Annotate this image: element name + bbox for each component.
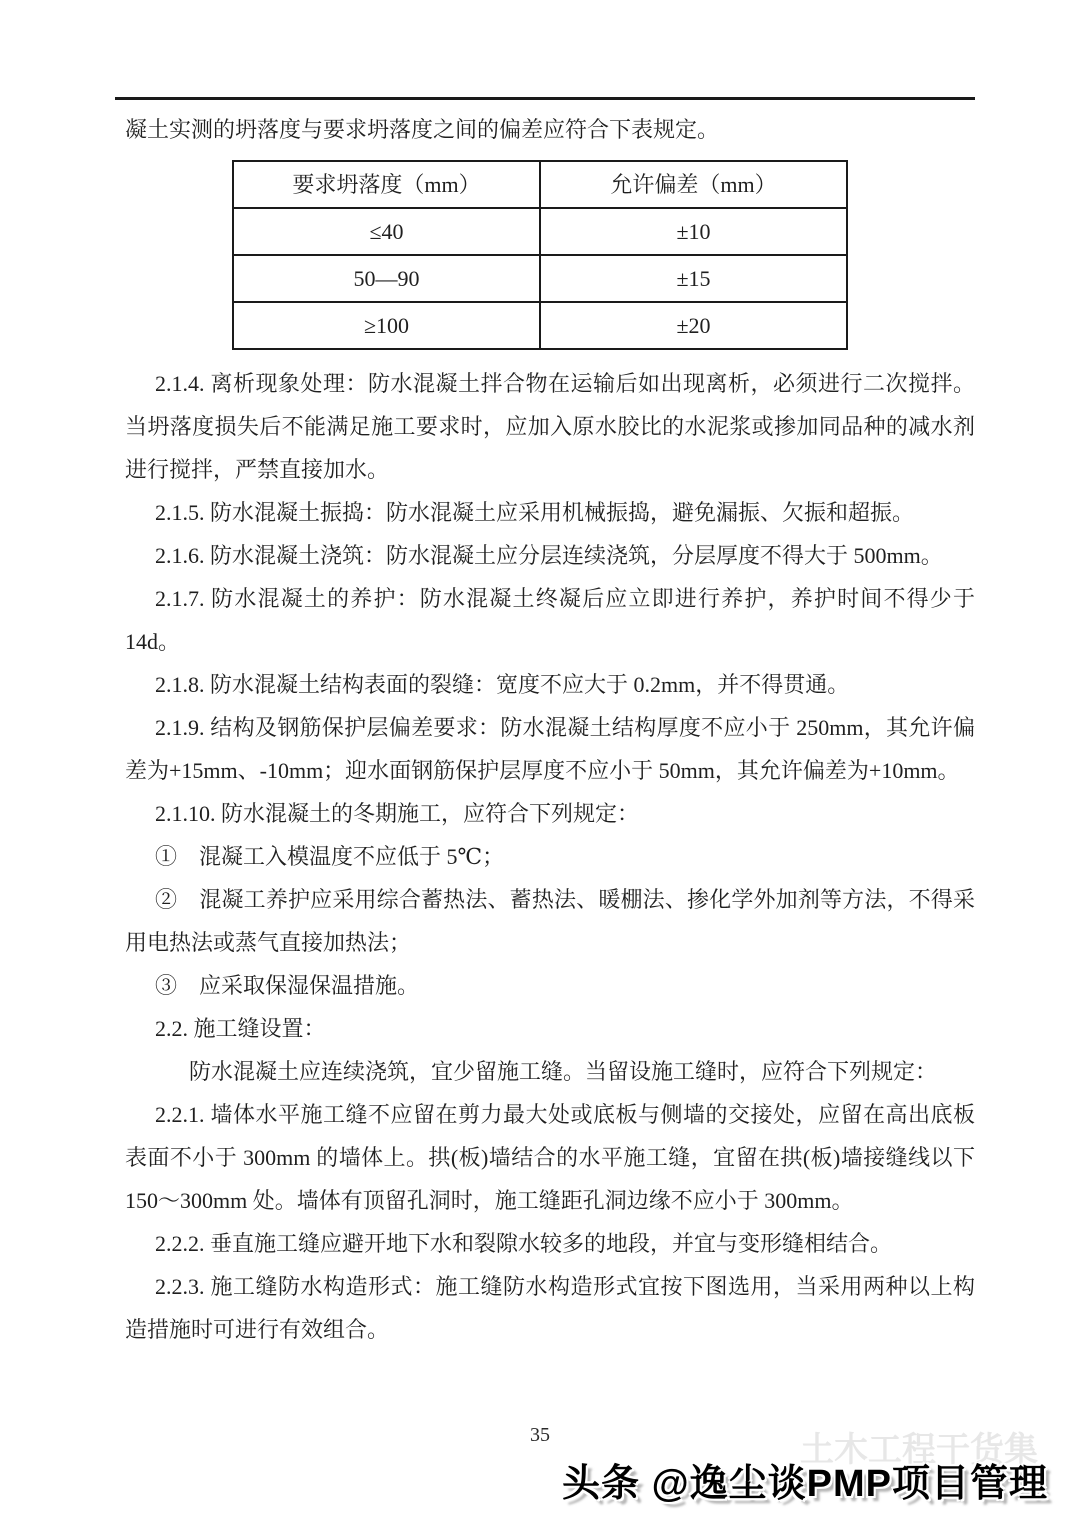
table-header-row: 要求坍落度（mm） 允许偏差（mm） [233,161,847,208]
table-cell: ±20 [540,302,847,349]
table-cell: ≤40 [233,208,540,255]
slump-tolerance-table: 要求坍落度（mm） 允许偏差（mm） ≤40 ±10 50—90 ±15 ≥10… [232,160,848,350]
paragraph-2-1-6: 2.1.6. 防水混凝土浇筑：防水混凝土应分层连续浇筑，分层厚度不得大于 500… [125,534,975,577]
table-header-cell: 允许偏差（mm） [540,161,847,208]
table-header-cell: 要求坍落度（mm） [233,161,540,208]
paragraph-2-1-5: 2.1.5. 防水混凝土振捣：防水混凝土应采用机械振捣，避免漏振、欠振和超振。 [125,491,975,534]
paragraph-2-2-3: 2.2.3. 施工缝防水构造形式：施工缝防水构造形式宜按下图选用，当采用两种以上… [125,1265,975,1351]
paragraph-2-2-2: 2.2.2. 垂直施工缝应避开地下水和裂隙水较多的地段，并宜与变形缝相结合。 [125,1222,975,1265]
paragraph-2-1-8: 2.1.8. 防水混凝土结构表面的裂缝：宽度不应大于 0.2mm，并不得贯通。 [125,663,975,706]
list-item-1: ① 混凝工入模温度不应低于 5℃； [125,835,975,878]
paragraph-2-1-4: 2.1.4. 离析现象处理：防水混凝土拌合物在运输后如出现离析，必须进行二次搅拌… [125,362,975,491]
paragraph-2-1-7: 2.1.7. 防水混凝土的养护：防水混凝土终凝后应立即进行养护，养护时间不得少于… [125,577,975,663]
document-body: 凝土实测的坍落度与要求坍落度之间的偏差应符合下表规定。 要求坍落度（mm） 允许… [125,108,975,1351]
document-page: 凝土实测的坍落度与要求坍落度之间的偏差应符合下表规定。 要求坍落度（mm） 允许… [0,0,1080,1527]
list-item-2: ② 混凝工养护应采用综合蓄热法、蓄热法、暖棚法、掺化学外加剂等方法，不得采用电热… [125,878,975,964]
paragraph-2-2: 2.2. 施工缝设置： [125,1007,975,1050]
header-rule [115,97,975,100]
table-row: 50—90 ±15 [233,255,847,302]
table-cell: 50—90 [233,255,540,302]
paragraph-2-2-intro: 防水混凝土应连续浇筑，宜少留施工缝。当留设施工缝时，应符合下列规定： [125,1050,975,1093]
list-item-3: ③ 应采取保湿保温措施。 [125,964,975,1007]
table-cell: ≥100 [233,302,540,349]
table-cell: ±10 [540,208,847,255]
table-row: ≥100 ±20 [233,302,847,349]
paragraph-2-2-1: 2.2.1. 墙体水平施工缝不应留在剪力最大处或底板与侧墙的交接处，应留在高出底… [125,1093,975,1222]
toutiao-watermark: 头条 @逸尘谈PMP项目管理 [562,1452,1048,1507]
table-row: ≤40 ±10 [233,208,847,255]
paragraph-2-1-9: 2.1.9. 结构及钢筋保护层偏差要求：防水混凝土结构厚度不应小于 250mm，… [125,706,975,792]
paragraph-2-1-10: 2.1.10. 防水混凝土的冬期施工，应符合下列规定： [125,792,975,835]
table-cell: ±15 [540,255,847,302]
intro-continuation-line: 凝土实测的坍落度与要求坍落度之间的偏差应符合下表规定。 [125,108,975,151]
